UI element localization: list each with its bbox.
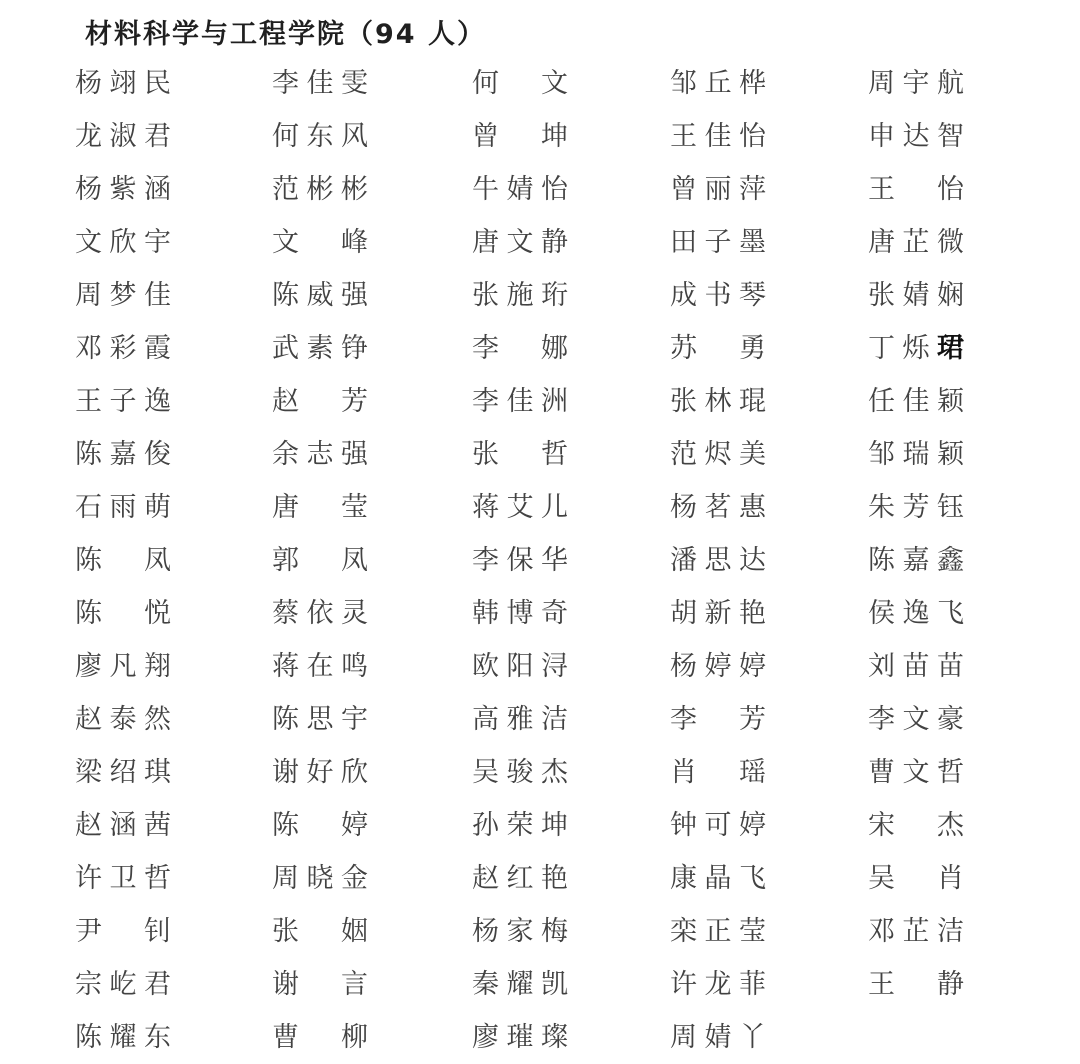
name-cell: 李文豪 <box>868 693 1065 746</box>
name-cell: 何东风 <box>272 110 472 163</box>
student-name: 范烬美 <box>670 441 766 468</box>
name-cell: 曾坤 <box>472 110 670 163</box>
student-name: 何东风 <box>272 123 368 150</box>
student-name: 谢言 <box>272 971 368 998</box>
student-name: 刘苗苗 <box>868 653 964 680</box>
student-name: 石雨萌 <box>75 494 171 521</box>
name-cell: 陈思宇 <box>272 693 472 746</box>
student-name: 周晓金 <box>272 865 368 892</box>
student-name: 钟可婷 <box>670 812 766 839</box>
name-cell: 王怡 <box>868 163 1065 216</box>
student-name: 李佳洲 <box>472 388 568 415</box>
name-cell: 尹钊 <box>75 905 272 958</box>
student-name: 文欣宇 <box>75 229 171 256</box>
student-name: 李佳雯 <box>272 70 368 97</box>
student-name: 潘思达 <box>670 547 766 574</box>
name-cell: 范烬美 <box>670 428 868 481</box>
name-cell: 杨紫涵 <box>75 163 272 216</box>
student-name: 李保华 <box>472 547 568 574</box>
name-cell: 谢言 <box>272 958 472 1011</box>
name-cell: 何文 <box>472 57 670 110</box>
student-name: 唐文静 <box>472 229 568 256</box>
name-cell: 周晓金 <box>272 852 472 905</box>
student-name: 任佳颖 <box>868 388 964 415</box>
name-cell: 廖凡翔 <box>75 640 272 693</box>
name-cell: 陈嘉鑫 <box>868 534 1065 587</box>
student-name: 李娜 <box>472 335 568 362</box>
name-cell: 梁绍琪 <box>75 746 272 799</box>
student-name: 周梦佳 <box>75 282 171 309</box>
student-name: 张姻 <box>272 918 368 945</box>
roster-grid: 杨翊民李佳雯何文邹丘桦周宇航龙淑君何东风曾坤王佳怡申达智杨紫涵范彬彬牛婧怡曾丽萍… <box>75 57 1065 1064</box>
name-cell: 高雅洁 <box>472 693 670 746</box>
name-cell: 廖璀璨 <box>472 1011 670 1064</box>
name-cell: 许卫哲 <box>75 852 272 905</box>
student-name: 文峰 <box>272 229 368 256</box>
student-name: 陈思宇 <box>272 706 368 733</box>
name-cell: 邓芷洁 <box>868 905 1065 958</box>
name-cell: 赵泰然 <box>75 693 272 746</box>
student-name: 邹丘桦 <box>670 70 766 97</box>
student-name: 韩博奇 <box>472 600 568 627</box>
name-cell: 成书琴 <box>670 269 868 322</box>
student-name: 欧阳浔 <box>472 653 568 680</box>
student-name: 孙荣坤 <box>472 812 568 839</box>
student-name: 蔡依灵 <box>272 600 368 627</box>
student-name: 成书琴 <box>670 282 766 309</box>
student-name: 周婧丫 <box>670 1024 766 1051</box>
name-cell: 余志强 <box>272 428 472 481</box>
student-name: 高雅洁 <box>472 706 568 733</box>
name-cell: 唐芷微 <box>868 216 1065 269</box>
name-cell: 杨茗惠 <box>670 481 868 534</box>
name-cell: 杨家梅 <box>472 905 670 958</box>
student-name: 杨翊民 <box>75 70 171 97</box>
student-name: 李芳 <box>670 706 766 733</box>
name-cell: 王佳怡 <box>670 110 868 163</box>
name-cell: 陈悦 <box>75 587 272 640</box>
student-name: 曾丽萍 <box>670 176 766 203</box>
name-cell: 曹柳 <box>272 1011 472 1064</box>
name-cell: 邹丘桦 <box>670 57 868 110</box>
name-cell: 李芳 <box>670 693 868 746</box>
student-name: 陈凤 <box>75 547 171 574</box>
student-name: 郭凤 <box>272 547 368 574</box>
student-name: 廖凡翔 <box>75 653 171 680</box>
name-cell: 任佳颖 <box>868 375 1065 428</box>
name-cell: 刘苗苗 <box>868 640 1065 693</box>
student-name: 梁绍琪 <box>75 759 171 786</box>
name-cell: 文欣宇 <box>75 216 272 269</box>
name-cell: 李保华 <box>472 534 670 587</box>
student-name: 唐芷微 <box>868 229 964 256</box>
student-name: 吴骏杰 <box>472 759 568 786</box>
student-name: 赵红艳 <box>472 865 568 892</box>
name-cell: 陈凤 <box>75 534 272 587</box>
student-name: 蒋在鸣 <box>272 653 368 680</box>
name-cell: 秦耀凯 <box>472 958 670 1011</box>
student-name: 陈耀东 <box>75 1024 171 1051</box>
name-cell: 韩博奇 <box>472 587 670 640</box>
student-name: 曾坤 <box>472 123 568 150</box>
name-cell: 钟可婷 <box>670 799 868 852</box>
page-title: 材料科学与工程学院（94 人） <box>85 12 486 51</box>
student-name: 王静 <box>868 971 964 998</box>
name-cell: 许龙菲 <box>670 958 868 1011</box>
name-cell: 唐文静 <box>472 216 670 269</box>
student-name: 许卫哲 <box>75 865 171 892</box>
name-cell: 武素铮 <box>272 322 472 375</box>
student-name: 陈婷 <box>272 812 368 839</box>
student-name: 康晶飞 <box>670 865 766 892</box>
student-name: 尹钊 <box>75 918 171 945</box>
name-cell: 蒋在鸣 <box>272 640 472 693</box>
name-cell: 李娜 <box>472 322 670 375</box>
name-cell: 蒋艾儿 <box>472 481 670 534</box>
student-name: 宗屹君 <box>75 971 171 998</box>
student-name: 杨婷婷 <box>670 653 766 680</box>
student-name: 余志强 <box>272 441 368 468</box>
student-name: 申达智 <box>868 123 964 150</box>
name-cell: 王子逸 <box>75 375 272 428</box>
student-name: 蒋艾儿 <box>472 494 568 521</box>
name-cell: 赵红艳 <box>472 852 670 905</box>
student-name: 张哲 <box>472 441 568 468</box>
name-cell: 田子墨 <box>670 216 868 269</box>
student-name: 邓芷洁 <box>868 918 964 945</box>
name-cell: 潘思达 <box>670 534 868 587</box>
name-cell: 郭凤 <box>272 534 472 587</box>
name-cell: 李佳雯 <box>272 57 472 110</box>
name-cell: 杨婷婷 <box>670 640 868 693</box>
name-cell: 陈嘉俊 <box>75 428 272 481</box>
student-name: 苏勇 <box>670 335 766 362</box>
name-cell: 苏勇 <box>670 322 868 375</box>
student-name: 丁烁珺 <box>868 335 964 362</box>
student-name: 张施珩 <box>472 282 568 309</box>
name-cell: 邹瑞颖 <box>868 428 1065 481</box>
name-cell: 陈威强 <box>272 269 472 322</box>
name-cell: 申达智 <box>868 110 1065 163</box>
name-cell: 牛婧怡 <box>472 163 670 216</box>
student-name: 邹瑞颖 <box>868 441 964 468</box>
student-name: 范彬彬 <box>272 176 368 203</box>
name-cell: 周婧丫 <box>670 1011 868 1064</box>
student-name: 杨家梅 <box>472 918 568 945</box>
name-cell: 张姻 <box>272 905 472 958</box>
student-name: 秦耀凯 <box>472 971 568 998</box>
name-cell: 赵芳 <box>272 375 472 428</box>
student-name: 李文豪 <box>868 706 964 733</box>
name-cell: 杨翊民 <box>75 57 272 110</box>
name-cell: 文峰 <box>272 216 472 269</box>
name-cell: 陈耀东 <box>75 1011 272 1064</box>
student-name: 陈威强 <box>272 282 368 309</box>
name-cell: 唐莹 <box>272 481 472 534</box>
name-cell: 王静 <box>868 958 1065 1011</box>
student-name: 曹柳 <box>272 1024 368 1051</box>
student-name: 朱芳钰 <box>868 494 964 521</box>
name-cell: 侯逸飞 <box>868 587 1065 640</box>
student-name: 谢好欣 <box>272 759 368 786</box>
name-cell: 邓彩霞 <box>75 322 272 375</box>
student-name: 张婧娴 <box>868 282 964 309</box>
student-name: 牛婧怡 <box>472 176 568 203</box>
name-cell: 范彬彬 <box>272 163 472 216</box>
name-cell: 栾正莹 <box>670 905 868 958</box>
name-cell: 陈婷 <box>272 799 472 852</box>
student-name: 陈嘉俊 <box>75 441 171 468</box>
student-name: 龙淑君 <box>75 123 171 150</box>
student-name: 张林琨 <box>670 388 766 415</box>
name-cell: 康晶飞 <box>670 852 868 905</box>
name-cell: 吴肖 <box>868 852 1065 905</box>
student-name: 武素铮 <box>272 335 368 362</box>
student-name: 邓彩霞 <box>75 335 171 362</box>
student-name: 赵芳 <box>272 388 368 415</box>
student-name: 赵涵茜 <box>75 812 171 839</box>
student-name: 陈嘉鑫 <box>868 547 964 574</box>
student-name: 陈悦 <box>75 600 171 627</box>
name-cell: 吴骏杰 <box>472 746 670 799</box>
student-name: 周宇航 <box>868 70 964 97</box>
student-name: 吴肖 <box>868 865 964 892</box>
name-cell: 张婧娴 <box>868 269 1065 322</box>
student-name: 侯逸飞 <box>868 600 964 627</box>
name-cell: 丁烁珺 <box>868 322 1065 375</box>
student-name: 肖瑶 <box>670 759 766 786</box>
student-name: 王子逸 <box>75 388 171 415</box>
name-cell: 赵涵茜 <box>75 799 272 852</box>
name-cell: 蔡依灵 <box>272 587 472 640</box>
student-name: 何文 <box>472 70 568 97</box>
student-name: 王怡 <box>868 176 964 203</box>
name-cell: 胡新艳 <box>670 587 868 640</box>
student-name: 唐莹 <box>272 494 368 521</box>
student-name: 田子墨 <box>670 229 766 256</box>
student-name: 胡新艳 <box>670 600 766 627</box>
student-name: 许龙菲 <box>670 971 766 998</box>
name-cell: 张施珩 <box>472 269 670 322</box>
name-cell: 石雨萌 <box>75 481 272 534</box>
name-cell: 张林琨 <box>670 375 868 428</box>
student-name: 王佳怡 <box>670 123 766 150</box>
name-cell: 张哲 <box>472 428 670 481</box>
name-cell: 朱芳钰 <box>868 481 1065 534</box>
student-name: 廖璀璨 <box>472 1024 568 1051</box>
name-cell: 曹文哲 <box>868 746 1065 799</box>
name-cell: 龙淑君 <box>75 110 272 163</box>
name-cell: 谢好欣 <box>272 746 472 799</box>
student-name: 赵泰然 <box>75 706 171 733</box>
student-name: 宋杰 <box>868 812 964 839</box>
student-name: 杨紫涵 <box>75 176 171 203</box>
name-cell: 孙荣坤 <box>472 799 670 852</box>
name-cell: 欧阳浔 <box>472 640 670 693</box>
name-cell: 李佳洲 <box>472 375 670 428</box>
student-name: 杨茗惠 <box>670 494 766 521</box>
name-cell: 肖瑶 <box>670 746 868 799</box>
student-name: 曹文哲 <box>868 759 964 786</box>
name-cell: 宋杰 <box>868 799 1065 852</box>
name-cell: 周宇航 <box>868 57 1065 110</box>
student-name: 栾正莹 <box>670 918 766 945</box>
name-cell: 曾丽萍 <box>670 163 868 216</box>
name-cell: 周梦佳 <box>75 269 272 322</box>
document-page: 材料科学与工程学院（94 人） 杨翊民李佳雯何文邹丘桦周宇航龙淑君何东风曾坤王佳… <box>0 0 1080 1064</box>
name-cell: 宗屹君 <box>75 958 272 1011</box>
